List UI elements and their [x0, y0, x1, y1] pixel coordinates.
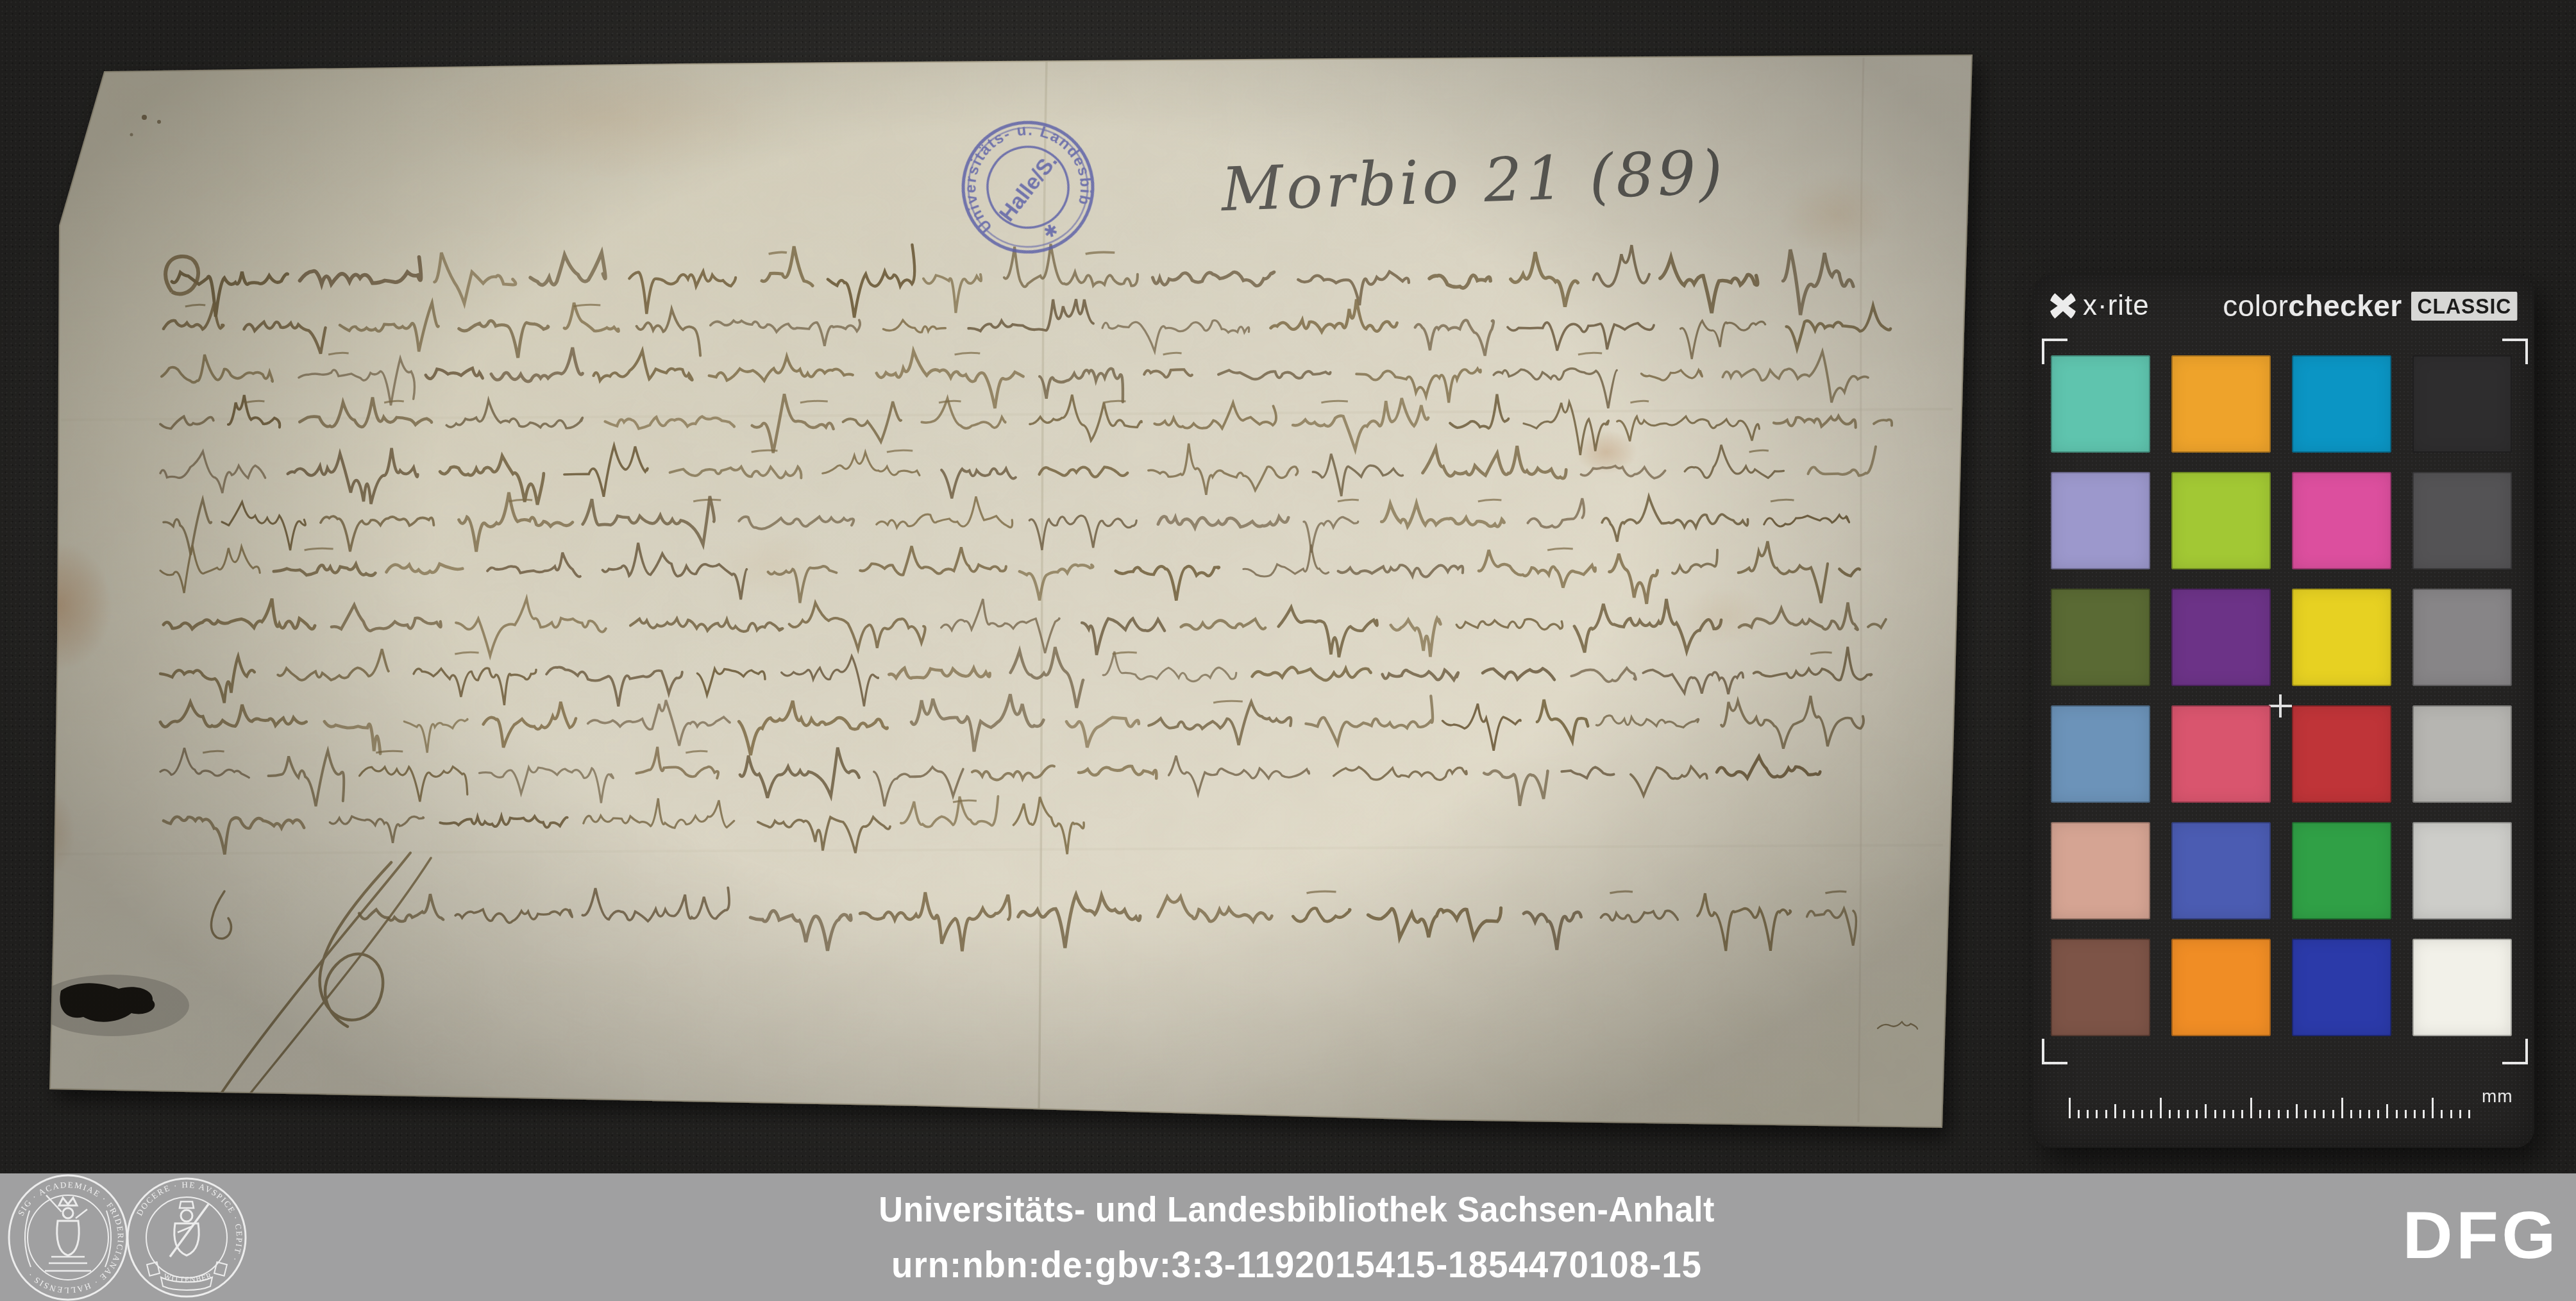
scan-stage: Mcccc in Indict … die Veneris … msis Jan… — [0, 0, 2576, 1301]
ruler-tick — [2160, 1098, 2162, 1118]
ruler-tick — [2268, 1110, 2270, 1118]
color-patch-r1c3 — [2292, 355, 2391, 453]
colorchecker-header: x·rite colorchecker CLASSIC — [2048, 286, 2524, 326]
ruler-tick — [2296, 1104, 2298, 1118]
ruler-tick — [2150, 1110, 2152, 1118]
color-patch-r3c3 — [2292, 589, 2391, 686]
color-patch-r4c1 — [2051, 705, 2150, 803]
color-patch-r4c2 — [2171, 705, 2271, 803]
ruler-tick — [2459, 1110, 2461, 1118]
ruler-tick — [2123, 1110, 2125, 1118]
ruler-tick — [2205, 1104, 2207, 1118]
ruler-tick — [2069, 1098, 2071, 1118]
urn-identifier: urn:nbn:de:gbv:3:3-1192015415-1854470108… — [874, 1244, 1719, 1286]
ruler-tick — [2305, 1110, 2307, 1118]
ruler-tick — [2368, 1110, 2370, 1118]
speck — [130, 133, 133, 137]
color-patch-r5c3 — [2292, 822, 2391, 919]
color-patch-r4c3 — [2292, 705, 2391, 803]
xrite-brand: x·rite — [2048, 290, 2150, 322]
ruler-tick — [2187, 1110, 2189, 1118]
footer-bar: SIG · ACADEMIAE · FRIDERICIANAE · HALLEN… — [0, 1173, 2576, 1301]
seal-halle — [9, 1175, 127, 1300]
colorchecker-title: colorchecker CLASSIC — [2223, 289, 2524, 323]
color-patch-r2c1 — [2051, 472, 2150, 569]
ruler-tick — [2259, 1110, 2261, 1118]
fiducial-corner-bottom-right — [2502, 1039, 2528, 1064]
library-name: Universitäts- und Landesbibliothek Sachs… — [879, 1189, 1715, 1230]
classic-badge: CLASSIC — [2411, 292, 2518, 321]
dfg-logo: DFG — [2403, 1198, 2559, 1274]
color-patch-r3c4 — [2412, 589, 2512, 686]
color-patch-grid — [2051, 355, 2512, 1037]
ruler-tick — [2323, 1110, 2325, 1118]
ruler-tick — [2141, 1110, 2143, 1118]
color-patch-r2c2 — [2171, 472, 2271, 569]
ruler-tick — [2468, 1110, 2470, 1118]
fiducial-corner-bottom-left — [2042, 1039, 2067, 1064]
ruler-tick — [2214, 1110, 2216, 1118]
ruler-tick — [2405, 1110, 2407, 1118]
ruler-tick — [2223, 1110, 2225, 1118]
ruler-tick — [2114, 1104, 2116, 1118]
color-patch-r6c3 — [2292, 939, 2391, 1036]
color-patch-r3c2 — [2171, 589, 2271, 686]
ruler-tick — [2432, 1098, 2434, 1118]
color-patch-r3c1 — [2051, 589, 2150, 686]
color-patch-r1c2 — [2171, 355, 2271, 453]
ruler-tick — [2087, 1110, 2089, 1118]
speck — [142, 115, 147, 120]
ruler-tick — [2241, 1110, 2243, 1118]
color-patch-r5c1 — [2051, 822, 2150, 919]
mm-ruler — [2069, 1096, 2470, 1118]
ruler-tick — [2278, 1110, 2280, 1118]
ruler-tick — [2396, 1110, 2398, 1118]
color-patch-r5c2 — [2171, 822, 2271, 919]
mm-ruler-label: mm — [2482, 1086, 2513, 1107]
ruler-tick — [2314, 1110, 2316, 1118]
colorchecker-card: x·rite colorchecker CLASSIC mm — [2033, 274, 2534, 1148]
ruler-tick — [2232, 1110, 2234, 1118]
color-patch-r1c1 — [2051, 355, 2150, 453]
ruler-tick — [2386, 1104, 2388, 1118]
footer-text-block: Universitäts- und Landesbibliothek Sachs… — [857, 1189, 1737, 1286]
ruler-tick — [2341, 1098, 2343, 1118]
ruler-tick — [2132, 1110, 2134, 1118]
stain — [712, 532, 834, 596]
ruler-tick — [2414, 1110, 2416, 1118]
color-patch-r6c2 — [2171, 939, 2271, 1036]
parchment-document: Mcccc in Indict … die Veneris … msis Jan… — [0, 55, 1972, 1127]
ruler-tick — [2377, 1110, 2379, 1118]
stain — [1780, 173, 1895, 256]
ruler-tick — [2196, 1110, 2198, 1118]
color-patch-r2c4 — [2412, 472, 2512, 569]
ruler-tick — [2105, 1110, 2107, 1118]
color-patch-r6c1 — [2051, 939, 2150, 1036]
ruler-tick — [2178, 1110, 2180, 1118]
ruler-tick — [2096, 1110, 2098, 1118]
color-patch-r5c4 — [2412, 822, 2512, 919]
xrite-logo-icon — [2048, 291, 2078, 321]
color-patch-r4c4 — [2412, 705, 2512, 803]
color-patch-r1c4 — [2412, 355, 2512, 453]
ruler-tick — [2423, 1110, 2425, 1118]
stain — [430, 58, 789, 180]
ruler-tick — [2350, 1110, 2352, 1118]
ruler-tick — [2332, 1110, 2334, 1118]
colorchecker-title-bold: checker — [2288, 289, 2402, 323]
color-patch-r6c4 — [2412, 939, 2512, 1036]
seal-halle-ring-text: SIG · ACADEMIAE · FRIDERICIANAE · HALLEN… — [16, 1180, 126, 1295]
university-seals: SIG · ACADEMIAE · FRIDERICIANAE · HALLEN… — [4, 1173, 260, 1301]
ruler-tick — [2359, 1110, 2361, 1118]
ruler-tick — [2441, 1110, 2443, 1118]
svg-text:SIG · ACADEMIAE · FRIDERICIANA: SIG · ACADEMIAE · FRIDERICIANAE · HALLEN… — [16, 1180, 126, 1295]
color-patch-r2c3 — [2292, 472, 2391, 569]
ruler-tick — [2450, 1110, 2452, 1118]
ruler-tick — [2250, 1098, 2252, 1118]
ruler-tick — [2169, 1110, 2171, 1118]
ruler-tick — [2287, 1110, 2289, 1118]
colorchecker-title-light: color — [2223, 289, 2288, 323]
xrite-brand-label: x·rite — [2083, 290, 2150, 322]
speck — [157, 120, 161, 124]
ruler-tick — [2078, 1110, 2080, 1118]
